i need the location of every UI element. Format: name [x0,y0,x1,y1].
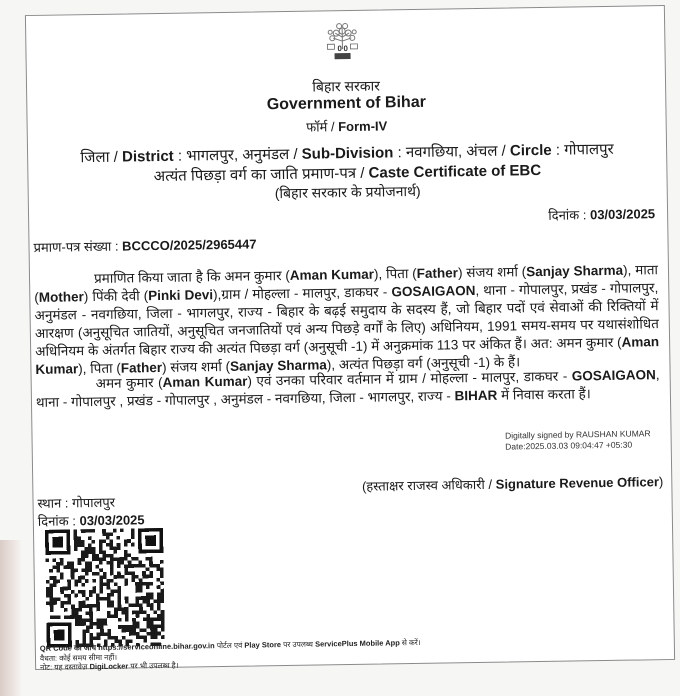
certificate-type-en: Caste Certificate of EBC [368,162,541,182]
body-text: अमन कुमार ( [96,375,163,391]
qr-note-mid: पोर्टल एवं [215,641,245,650]
district-label-en: District [122,148,174,166]
certificate-number-label: प्रमाण-पत्र संख्या : [33,239,122,255]
emphasized-text: GOSAIGAON [391,283,475,299]
circle-value: : गोपालपुर [552,141,614,159]
digital-signature-date: Date:2025.03.03 09:04:47 +05:30 [505,439,651,452]
bihar-emblem-icon: 0 0 [322,21,363,64]
date-value: 03/03/2025 [590,206,655,222]
qr-note-prefix: QR Code की जाँच [40,643,98,653]
place-value: गोपालपुर [72,495,115,511]
verification-url-link[interactable]: https://serviceonline.bihar.gov.in [98,641,215,652]
subdivision-label-hi: अनुमंडल / [242,146,302,164]
body-text: प्रमाणित किया जाता है कि अमन कुमार ( [94,268,290,286]
finger-shadow [0,540,22,696]
officer-label-close: ) [659,474,664,489]
digilocker-note-prefix: नोट: यह दस्तावेज़ [40,662,90,672]
officer-label-en: Signature Revenue Officer [496,474,659,492]
issue-date-label: दिनांक : [38,513,80,529]
qr-note-suffix: से करें। [400,638,421,647]
place-label: स्थान : [37,495,72,511]
subdivision-value: : नवगछिया, [393,143,466,161]
digilocker-note: नोट: यह दस्तावेज़ DigiLocker पर भी उपलब्… [40,661,178,673]
date-label: दिनांक : [548,207,590,223]
body-text: ), पिता ( [374,266,417,282]
body-text: ) एवं उनका परिवार वर्तमान में ग्राम / मो… [247,369,572,389]
form-label-en: Form-IV [338,118,387,134]
emphasized-text: Aman Kumar [162,374,247,390]
emphasized-text: BIHAR [454,388,497,404]
play-store-text: Play Store [244,640,281,650]
body-text: ),ग्राम / मोहल्ला - मालपुर, डाकघर - [213,284,392,302]
circle-label-hi: अंचल / [466,142,510,160]
caste-certificate-document: 0 0 बिहार सरकार Government of Bihar फॉर्… [25,5,675,670]
qr-note-mid2: पर उपलब्ध [281,640,315,650]
certificate-type-hi: अत्यंत पिछड़ा वर्ग का जाति प्रमाण-पत्र / [154,165,369,185]
issue-date-bottom: दिनांक : 03/03/2025 [38,510,145,530]
district-value: : भागलपुर, [174,147,243,165]
issue-date-value: 03/03/2025 [79,512,144,528]
body-text: में निवास करता हैं। [497,386,591,402]
qr-code-icon[interactable] [42,528,168,648]
form-label-hi: फॉर्म / [306,119,338,135]
subdivision-label-en: Sub-Division [302,144,394,162]
signature-officer-label: (हस्ताक्षर राजस्व अधिकारी / Signature Re… [362,472,664,495]
issue-date-top: दिनांक : 03/03/2025 [548,204,655,224]
body-text: ) पिंकी देवी ( [84,288,149,304]
emphasized-text: Aman Kumar [290,267,374,283]
circle-label-en: Circle [510,142,552,160]
certificate-number-value: BCCCO/2025/2965447 [122,236,257,253]
certification-paragraph: प्रमाणित किया जाता है कि अमन कुमार (Aman… [34,261,660,379]
svg-text:0: 0 [337,44,342,53]
svg-text:0: 0 [343,44,348,53]
officer-label-hi: (हस्ताक्षर राजस्व अधिकारी / [362,477,496,494]
certificate-number: प्रमाण-पत्र संख्या : BCCCO/2025/2965447 [33,234,256,256]
emphasized-text: Sanjay Sharma [526,263,623,280]
emphasized-text: Pinki Devi [148,287,213,303]
serviceplus-app-text: ServicePlus Mobile App [315,638,400,648]
digital-signature: Digitally signed by RAUSHAN KUMAR Date:2… [505,428,651,452]
issue-place: स्थान : गोपालपुर [37,493,115,512]
district-label-hi: जिला / [80,149,122,167]
body-text: ) संजय शर्मा ( [458,264,526,280]
emphasized-text: GOSAIGAON [572,367,656,383]
emphasized-text: Father [417,265,458,281]
emphasized-text: Mother [39,289,84,305]
digilocker-note-suffix: पर भी उपलब्ध है। [128,661,178,671]
digilocker-text: DigiLocker [89,662,128,672]
